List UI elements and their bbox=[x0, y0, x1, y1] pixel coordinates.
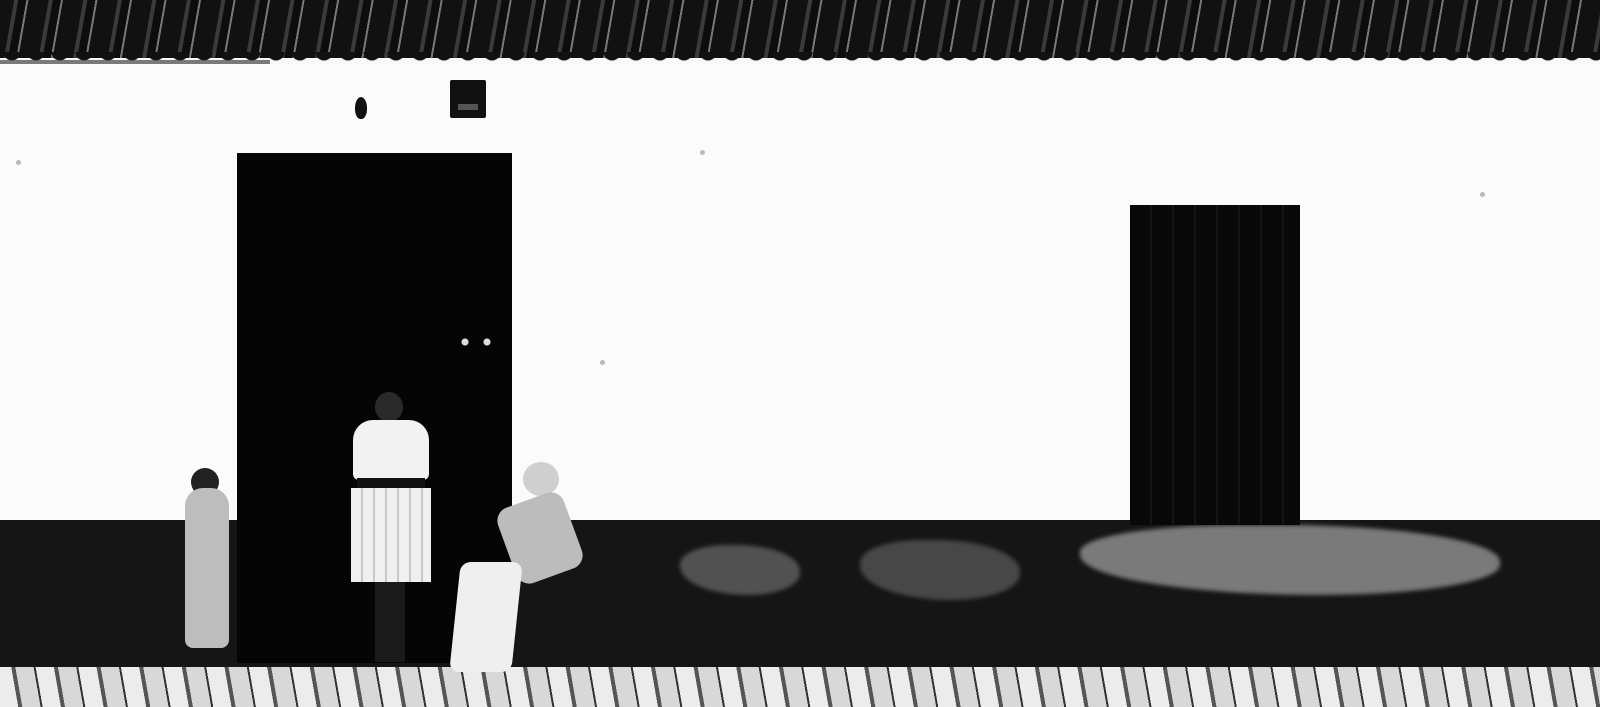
wall-speck bbox=[600, 360, 605, 365]
tile-roof bbox=[0, 0, 1600, 58]
man-legs bbox=[449, 562, 523, 672]
shuttered-window bbox=[1130, 205, 1300, 525]
woman-head bbox=[375, 392, 403, 422]
wall-speck bbox=[700, 150, 705, 155]
wall-speck bbox=[1480, 192, 1485, 197]
door-knobs bbox=[460, 338, 496, 346]
cobbled-street bbox=[0, 667, 1600, 707]
wall-speck bbox=[16, 160, 21, 165]
man-hat bbox=[523, 462, 559, 496]
wall-lamp bbox=[355, 97, 367, 119]
woman-blouse bbox=[353, 420, 429, 480]
photo-scene: Black-and-white photograph of a whitewas… bbox=[0, 0, 1600, 707]
woman-legs bbox=[375, 582, 405, 662]
woman-belt bbox=[357, 478, 425, 488]
child-body bbox=[185, 488, 229, 648]
woman-skirt bbox=[351, 488, 431, 582]
woman-figure bbox=[345, 392, 437, 662]
child-figure bbox=[175, 468, 245, 668]
seated-man-figure bbox=[445, 462, 585, 672]
house-plaque bbox=[450, 80, 486, 118]
